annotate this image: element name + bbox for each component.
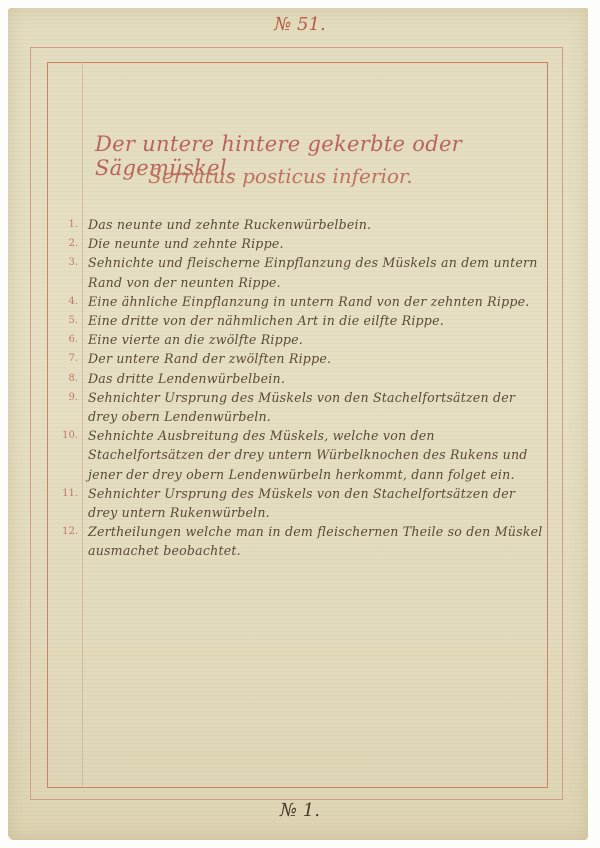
page-number: № 51. <box>0 14 600 35</box>
list-item: 3.Sehnichte und fleischerne Einpflanzung… <box>48 253 543 291</box>
list-item: 10.Sehnichte Ausbreitung des Müskels, we… <box>48 426 543 484</box>
list-item: 9.Sehnichter Ursprung des Müskels von de… <box>48 388 543 426</box>
entry-number: 12. <box>48 522 82 560</box>
entry-number: 9. <box>48 388 82 426</box>
list-item: 8.Das dritte Lendenwürbelbein. <box>48 369 543 388</box>
entry-text: Das neunte und zehnte Ruckenwürbelbein. <box>82 215 543 234</box>
entry-number: 11. <box>48 484 82 522</box>
entry-number: 4. <box>48 292 82 311</box>
entry-number: 10. <box>48 426 82 484</box>
entry-number: 7. <box>48 349 82 368</box>
entry-text: Sehnichter Ursprung des Müskels von den … <box>82 388 543 426</box>
list-item: 6.Eine vierte an die zwölfte Rippe. <box>48 330 543 349</box>
entry-text: Die neunte und zehnte Rippe. <box>82 234 543 253</box>
list-item: 5.Eine dritte von der nähmlichen Art in … <box>48 311 543 330</box>
entry-text: Eine ähnliche Einpflanzung in untern Ran… <box>82 292 543 311</box>
entry-text: Eine dritte von der nähmlichen Art in di… <box>82 311 543 330</box>
entry-number: 2. <box>48 234 82 253</box>
entry-text: Der untere Rand der zwölften Rippe. <box>82 349 543 368</box>
entry-text: Das dritte Lendenwürbelbein. <box>82 369 543 388</box>
list-item: 2.Die neunte und zehnte Rippe. <box>48 234 543 253</box>
list-item: 7.Der untere Rand der zwölften Rippe. <box>48 349 543 368</box>
entry-number: 3. <box>48 253 82 291</box>
folio-number: № 1. <box>0 800 600 821</box>
entry-number: 5. <box>48 311 82 330</box>
entry-text: Zertheilungen welche man in dem fleische… <box>82 522 543 560</box>
entry-text: Sehnichte Ausbreitung des Müskels, welch… <box>82 426 543 484</box>
latin-subtitle: Serratus posticus inferior. <box>148 164 413 188</box>
list-item: 4.Eine ähnliche Einpflanzung in untern R… <box>48 292 543 311</box>
list-item: 11.Sehnichter Ursprung des Müskels von d… <box>48 484 543 522</box>
entry-number: 8. <box>48 369 82 388</box>
entry-text: Sehnichte und fleischerne Einpflanzung d… <box>82 253 543 291</box>
numbered-entry-list: 1.Das neunte und zehnte Ruckenwürbelbein… <box>48 215 543 561</box>
list-item: 1.Das neunte und zehnte Ruckenwürbelbein… <box>48 215 543 234</box>
entry-text: Sehnichter Ursprung des Müskels von den … <box>82 484 543 522</box>
entry-number: 6. <box>48 330 82 349</box>
list-item: 12.Zertheilungen welche man in dem fleis… <box>48 522 543 560</box>
entry-text: Eine vierte an die zwölfte Rippe. <box>82 330 543 349</box>
entry-number: 1. <box>48 215 82 234</box>
